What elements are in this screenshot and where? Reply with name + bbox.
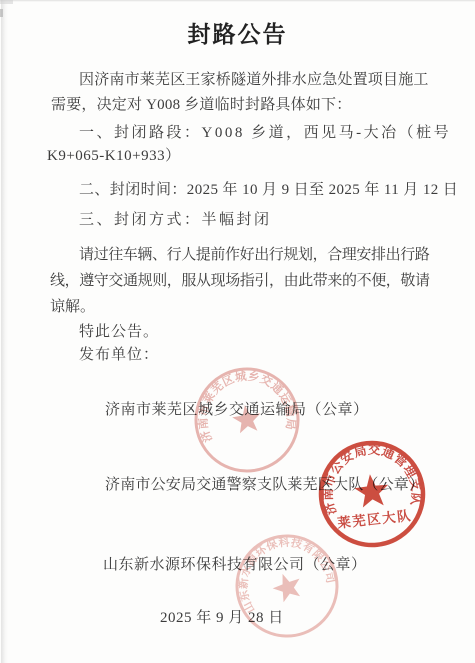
seal-arc-text: 济南市莱芜区城乡交通运输局 <box>189 363 300 445</box>
star-icon <box>353 472 390 508</box>
svg-text:济南市莱芜区城乡交通运输局: 济南市莱芜区城乡交通运输局 <box>189 363 300 445</box>
star-icon <box>231 403 263 434</box>
paragraph2-line3: 谅解。 <box>50 299 95 316</box>
scan-corner-mark <box>0 0 13 4</box>
item1-closed-section-line2: K9+065-K10+933） <box>47 148 181 165</box>
item2-closure-time: 二、封闭时间：2025 年 10 月 9 日至 2025 年 11 月 12 日 <box>79 182 458 199</box>
item1-closed-section-line1: 一、封闭路段：Y008 乡道，西见马-大冶（桩号 <box>79 125 451 142</box>
item3-closure-method: 三、封闭方式：半幅封闭 <box>79 212 272 229</box>
paragraph1-line1: 因济南市莱芜区王家桥隧道外排水应急处置项目施工 <box>79 72 429 89</box>
road-closure-notice-document: 封路公告 因济南市莱芜区王家桥隧道外排水应急处置项目施工 需要，决定对 Y008… <box>0 0 475 663</box>
transport-bureau-seal: 济南市莱芜区城乡交通运输局 <box>181 354 312 485</box>
notice-title: 封路公告 <box>0 16 475 49</box>
seal-bottom-text: 莱芜区大队 <box>336 507 412 531</box>
paragraph2-line2: 线，遵守交通规则，服从现场指引，由此带来的不便，敬请 <box>50 273 430 290</box>
issuer-label: 发布单位： <box>79 347 159 364</box>
paragraph1-line2: 需要，决定对 Y008 乡道临时封路具体如下： <box>51 97 351 114</box>
star-icon <box>269 569 305 604</box>
scan-edge-artifact <box>1 0 8 663</box>
paragraph2-line1: 请过往车辆、行人提前作好出行规划，合理安排出行路 <box>79 247 429 264</box>
closing-statement: 特此公告。 <box>79 324 159 341</box>
scan-top-artifact <box>0 0 475 2</box>
